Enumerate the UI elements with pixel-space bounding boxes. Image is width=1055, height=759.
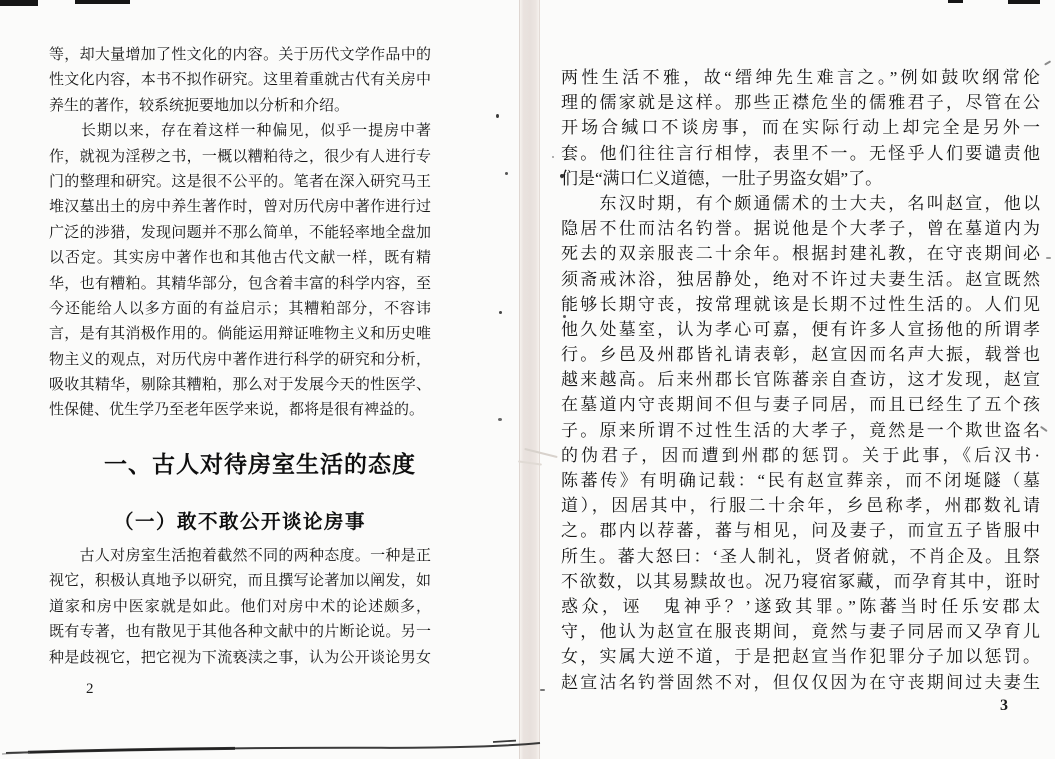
dust-speck bbox=[499, 311, 502, 314]
text-line: 今还能给人以多方面的有益启示；其糟粕部分，不容讳 bbox=[49, 297, 431, 322]
page-number-left: 2 bbox=[86, 681, 94, 698]
text-line: 长期以来，存在着这样一种偏见，似乎一提房中著 bbox=[49, 119, 431, 144]
page-gutter bbox=[519, 0, 540, 759]
dust-speck bbox=[540, 689, 545, 691]
text-line: 他久处墓室，认为孝心可嘉，便有许多人宣扬他的所谓孝 bbox=[561, 317, 1040, 342]
text-line: 广泛的涉猎，发现问题并不那么简单，不能轻率地全盘加 bbox=[49, 221, 431, 246]
scan-edge-speck bbox=[1040, 426, 1047, 432]
text-line: 华，也有糟粕。其精华部分，包含着丰富的科学内容，至 bbox=[49, 272, 431, 297]
text-line: 物主义的观点，对历代房中著作进行科学的研究和分析， bbox=[49, 348, 431, 373]
text-line: 养生的著作，较系统扼要地加以分析和介绍。 bbox=[49, 94, 431, 119]
text-line: 既有专著，也有散见于其他各种文献中的片断论说。另一 bbox=[49, 620, 431, 645]
text-line: 在墓道内守丧期间不但与妻子同居，而且已经生了五个孩 bbox=[561, 392, 1040, 417]
right-body-text: 两性生活不雅，故“缙绅先生难言之。”例如鼓吹纲常伦理的儒家就是这样。那些正襟危坐… bbox=[561, 65, 1040, 695]
text-line: 不欲数，以其易黩故也。况乃寝宿冢藏，而孕育其中，诳时 bbox=[561, 569, 1040, 594]
text-line: 守，他认为赵宣在服丧期间，竟然与妻子同居而又孕育儿 bbox=[561, 619, 1040, 644]
text-line: 种是歧视它，把它视为下流亵渎之事，认为公开谈论男女 bbox=[49, 646, 431, 671]
page-number-right: 3 bbox=[1000, 697, 1008, 715]
text-line: 惑众，诬 鬼神乎？’遂致其罪。”陈蕃当时任乐安郡太 bbox=[561, 594, 1040, 619]
text-line: 子。原来所谓不过性生活的大孝子，竟然是一个欺世盗名 bbox=[561, 418, 1040, 443]
scan-edge-mark bbox=[948, 0, 963, 3]
dust-speck bbox=[498, 418, 502, 421]
scan-edge-speck bbox=[1046, 257, 1051, 259]
text-line: 越来越高。后来州郡长官陈蕃亲自查访，这才发现，赵宣 bbox=[561, 367, 1040, 392]
text-line: 所生。蕃大怒曰：‘圣人制礼，贤者俯就，不肖企及。且祭 bbox=[561, 544, 1040, 569]
text-line: 理的儒家就是这样。那些正襟危坐的儒雅君子，尽管在公 bbox=[561, 90, 1040, 115]
scan-edge-mark bbox=[75, 0, 130, 4]
text-line: 堆汉墓出土的房中养生著作时，曾对历代房中著作进行过 bbox=[49, 195, 431, 220]
text-line: 视它，积极认真地予以研究，而且撰写论著加以阐发，如 bbox=[49, 569, 431, 594]
left-body-text: 等，却大量增加了性文化的内容。关于历代文学作品中的性文化内容，本书不拟作研究。这… bbox=[49, 43, 431, 424]
dust-speck bbox=[560, 174, 564, 178]
text-line: 性保健、优生学乃至老年医学来说，都将是很有裨益的。 bbox=[49, 398, 431, 423]
dust-speck bbox=[505, 172, 508, 175]
text-line: 开场合缄口不谈房事，而在实际行动上却完全是另外一 bbox=[561, 115, 1040, 140]
dust-speck bbox=[552, 156, 554, 158]
text-line: 能够长期守丧，按常理就该是长期不过性生活的。人们见 bbox=[561, 292, 1040, 317]
text-line: 等，却大量增加了性文化的内容。关于历代文学作品中的 bbox=[49, 43, 431, 68]
text-line: 道家和房中医家就是如此。他们对房中术的论述颇多， bbox=[49, 595, 431, 620]
scan-edge-mark bbox=[0, 0, 38, 6]
text-line: 作，就视为淫秽之书，一概以糟粕待之，很少有人进行专 bbox=[49, 145, 431, 170]
text-line: 陈蕃传》有明确记载：“民有赵宣葬亲，而不闭埏隧（墓 bbox=[561, 468, 1040, 493]
text-line: 以否定。其实房中著作也和其他古代文献一样，既有精 bbox=[49, 246, 431, 271]
dust-speck bbox=[563, 315, 566, 318]
scan-edge-mark bbox=[1008, 0, 1040, 4]
text-line: 东汉时期，有个颇通儒术的士大夫，名叫赵宣，他以 bbox=[561, 191, 1040, 216]
text-line: 道），因居其中，行服二十余年，乡邑称孝，州郡数礼请 bbox=[561, 493, 1040, 518]
page-bottom-edge bbox=[0, 737, 545, 759]
text-line: 们是“满口仁义道德，一肚子男盗女娼”了。 bbox=[561, 166, 1040, 191]
paragraph: 两性生活不雅，故“缙绅先生难言之。”例如鼓吹纲常伦理的儒家就是这样。那些正襟危坐… bbox=[561, 65, 1040, 191]
text-line: 吸收其精华，剔除其糟粕，那么对于发展今天的性医学、 bbox=[49, 373, 431, 398]
text-line: 女，实属大逆不道，于是把赵宣当作犯罪分子加以惩罚。 bbox=[561, 644, 1040, 669]
paragraph: 东汉时期，有个颇通儒术的士大夫，名叫赵宣，他以隐居不仕而沽名钓誉。据说他是个大孝… bbox=[561, 191, 1040, 695]
text-line: 的伪君子，因而遭到州郡的惩罚。关于此事，《后汉书· bbox=[561, 443, 1040, 468]
left-section-text: 古人对房室生活抱着截然不同的两种态度。一种是正视它，积极认真地予以研究，而且撰写… bbox=[49, 544, 431, 671]
dust-speck bbox=[496, 114, 499, 118]
text-line: 死去的双亲服丧二十余年。根据封建礼教，在守丧期间必 bbox=[561, 241, 1040, 266]
section-heading: （一）敢不敢公开谈论房事 bbox=[49, 506, 431, 534]
text-line: 行。乡邑及州郡皆礼请表彰，赵宣因而名声大振，载誉也 bbox=[561, 342, 1040, 367]
text-line: 赵宣沽名钓誉固然不对，但仅仅因为在守丧期间过夫妻生 bbox=[561, 670, 1040, 695]
text-line: 两性生活不雅，故“缙绅先生难言之。”例如鼓吹纲常伦 bbox=[561, 65, 1040, 90]
text-line: 隐居不仕而沽名钓誉。据说他是个大孝子，曾在墓道内为 bbox=[561, 216, 1040, 241]
text-line: 之。郡内以荐蕃，蕃与相见，问及妻子，而宣五子皆服中 bbox=[561, 518, 1040, 543]
text-line: 言，是有其消极作用的。倘能运用辩证唯物主义和历史唯 bbox=[49, 322, 431, 347]
text-line: 须斋戒沐浴，独居静处，绝对不许过夫妻生活。赵宣既然 bbox=[561, 267, 1040, 292]
text-line: 门的整理和研究。这是很不公平的。笔者在深入研究马王 bbox=[49, 170, 431, 195]
scan-edge-speck bbox=[1044, 60, 1051, 65]
paragraph: 等，却大量增加了性文化的内容。关于历代文学作品中的性文化内容，本书不拟作研究。这… bbox=[49, 43, 431, 119]
paragraph: 长期以来，存在着这样一种偏见，似乎一提房中著作，就视为淫秽之书，一概以糟粕待之，… bbox=[49, 119, 431, 424]
chapter-heading: 一、古人对待房室生活的态度 bbox=[49, 446, 431, 479]
text-line: 古人对房室生活抱着截然不同的两种态度。一种是正 bbox=[49, 544, 431, 569]
text-line: 套。他们往往言行相悖，表里不一。无怪乎人们要谴责他 bbox=[561, 141, 1040, 166]
text-line: 性文化内容，本书不拟作研究。这里着重就古代有关房中 bbox=[49, 68, 431, 93]
paragraph: 古人对房室生活抱着截然不同的两种态度。一种是正视它，积极认真地予以研究，而且撰写… bbox=[49, 544, 431, 671]
book-scan: 等，却大量增加了性文化的内容。关于历代文学作品中的性文化内容，本书不拟作研究。这… bbox=[0, 0, 1055, 759]
